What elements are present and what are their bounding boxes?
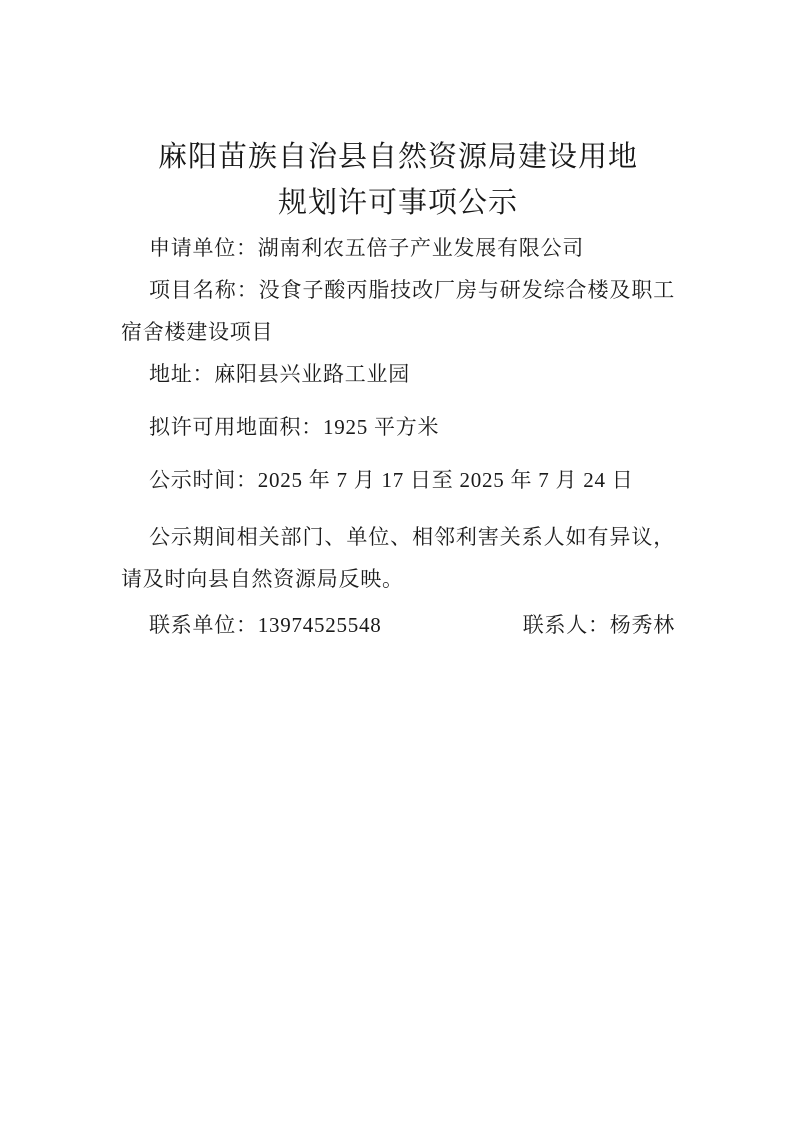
address-label: 地址： (149, 362, 214, 386)
land-area-line: 拟许可用地面积：1925 平方米 (121, 406, 675, 448)
applicant-line: 申请单位：湖南利农五倍子产业发展有限公司 (121, 227, 675, 269)
contact-person-value: 杨秀林 (610, 613, 675, 637)
document-body: 申请单位：湖南利农五倍子产业发展有限公司 项目名称：没食子酸丙脂技改厂房与研发综… (121, 227, 675, 646)
notice-page: 麻阳苗族自治县自然资源局建设用地 规划许可事项公示 申请单位：湖南利农五倍子产业… (0, 0, 793, 1122)
notice-period-label: 公示时间： (149, 468, 258, 492)
document-title-line1: 麻阳苗族自治县自然资源局建设用地 (121, 134, 675, 180)
address-line: 地址：麻阳县兴业路工业园 (121, 353, 675, 395)
contact-unit-value: 13974525548 (258, 613, 382, 637)
project-name-line: 项目名称：没食子酸丙脂技改厂房与研发综合楼及职工宿舍楼建设项目 (121, 269, 675, 353)
contact-unit: 联系单位：13974525548 (149, 604, 382, 646)
contact-unit-label: 联系单位： (149, 613, 258, 637)
notice-period-line: 公示时间：2025 年 7 月 17 日至 2025 年 7 月 24 日 (121, 459, 675, 501)
contact-person: 联系人：杨秀林 (523, 604, 675, 646)
project-name-label: 项目名称： (149, 278, 259, 302)
document-title: 麻阳苗族自治县自然资源局建设用地 规划许可事项公示 (121, 134, 675, 226)
notice-period-value: 2025 年 7 月 17 日至 2025 年 7 月 24 日 (258, 468, 634, 492)
applicant-value: 湖南利农五倍子产业发展有限公司 (258, 236, 584, 260)
address-value: 麻阳县兴业路工业园 (214, 362, 410, 386)
contact-line: 联系单位：13974525548 联系人：杨秀林 (121, 604, 675, 646)
land-area-value: 1925 平方米 (323, 415, 439, 439)
contact-person-label: 联系人： (523, 613, 610, 637)
land-area-label: 拟许可用地面积： (149, 415, 323, 439)
applicant-label: 申请单位： (149, 236, 258, 260)
document-title-line2: 规划许可事项公示 (121, 180, 675, 226)
objection-note: 公示期间相关部门、单位、相邻利害关系人如有异议，请及时向县自然资源局反映。 (121, 516, 675, 600)
